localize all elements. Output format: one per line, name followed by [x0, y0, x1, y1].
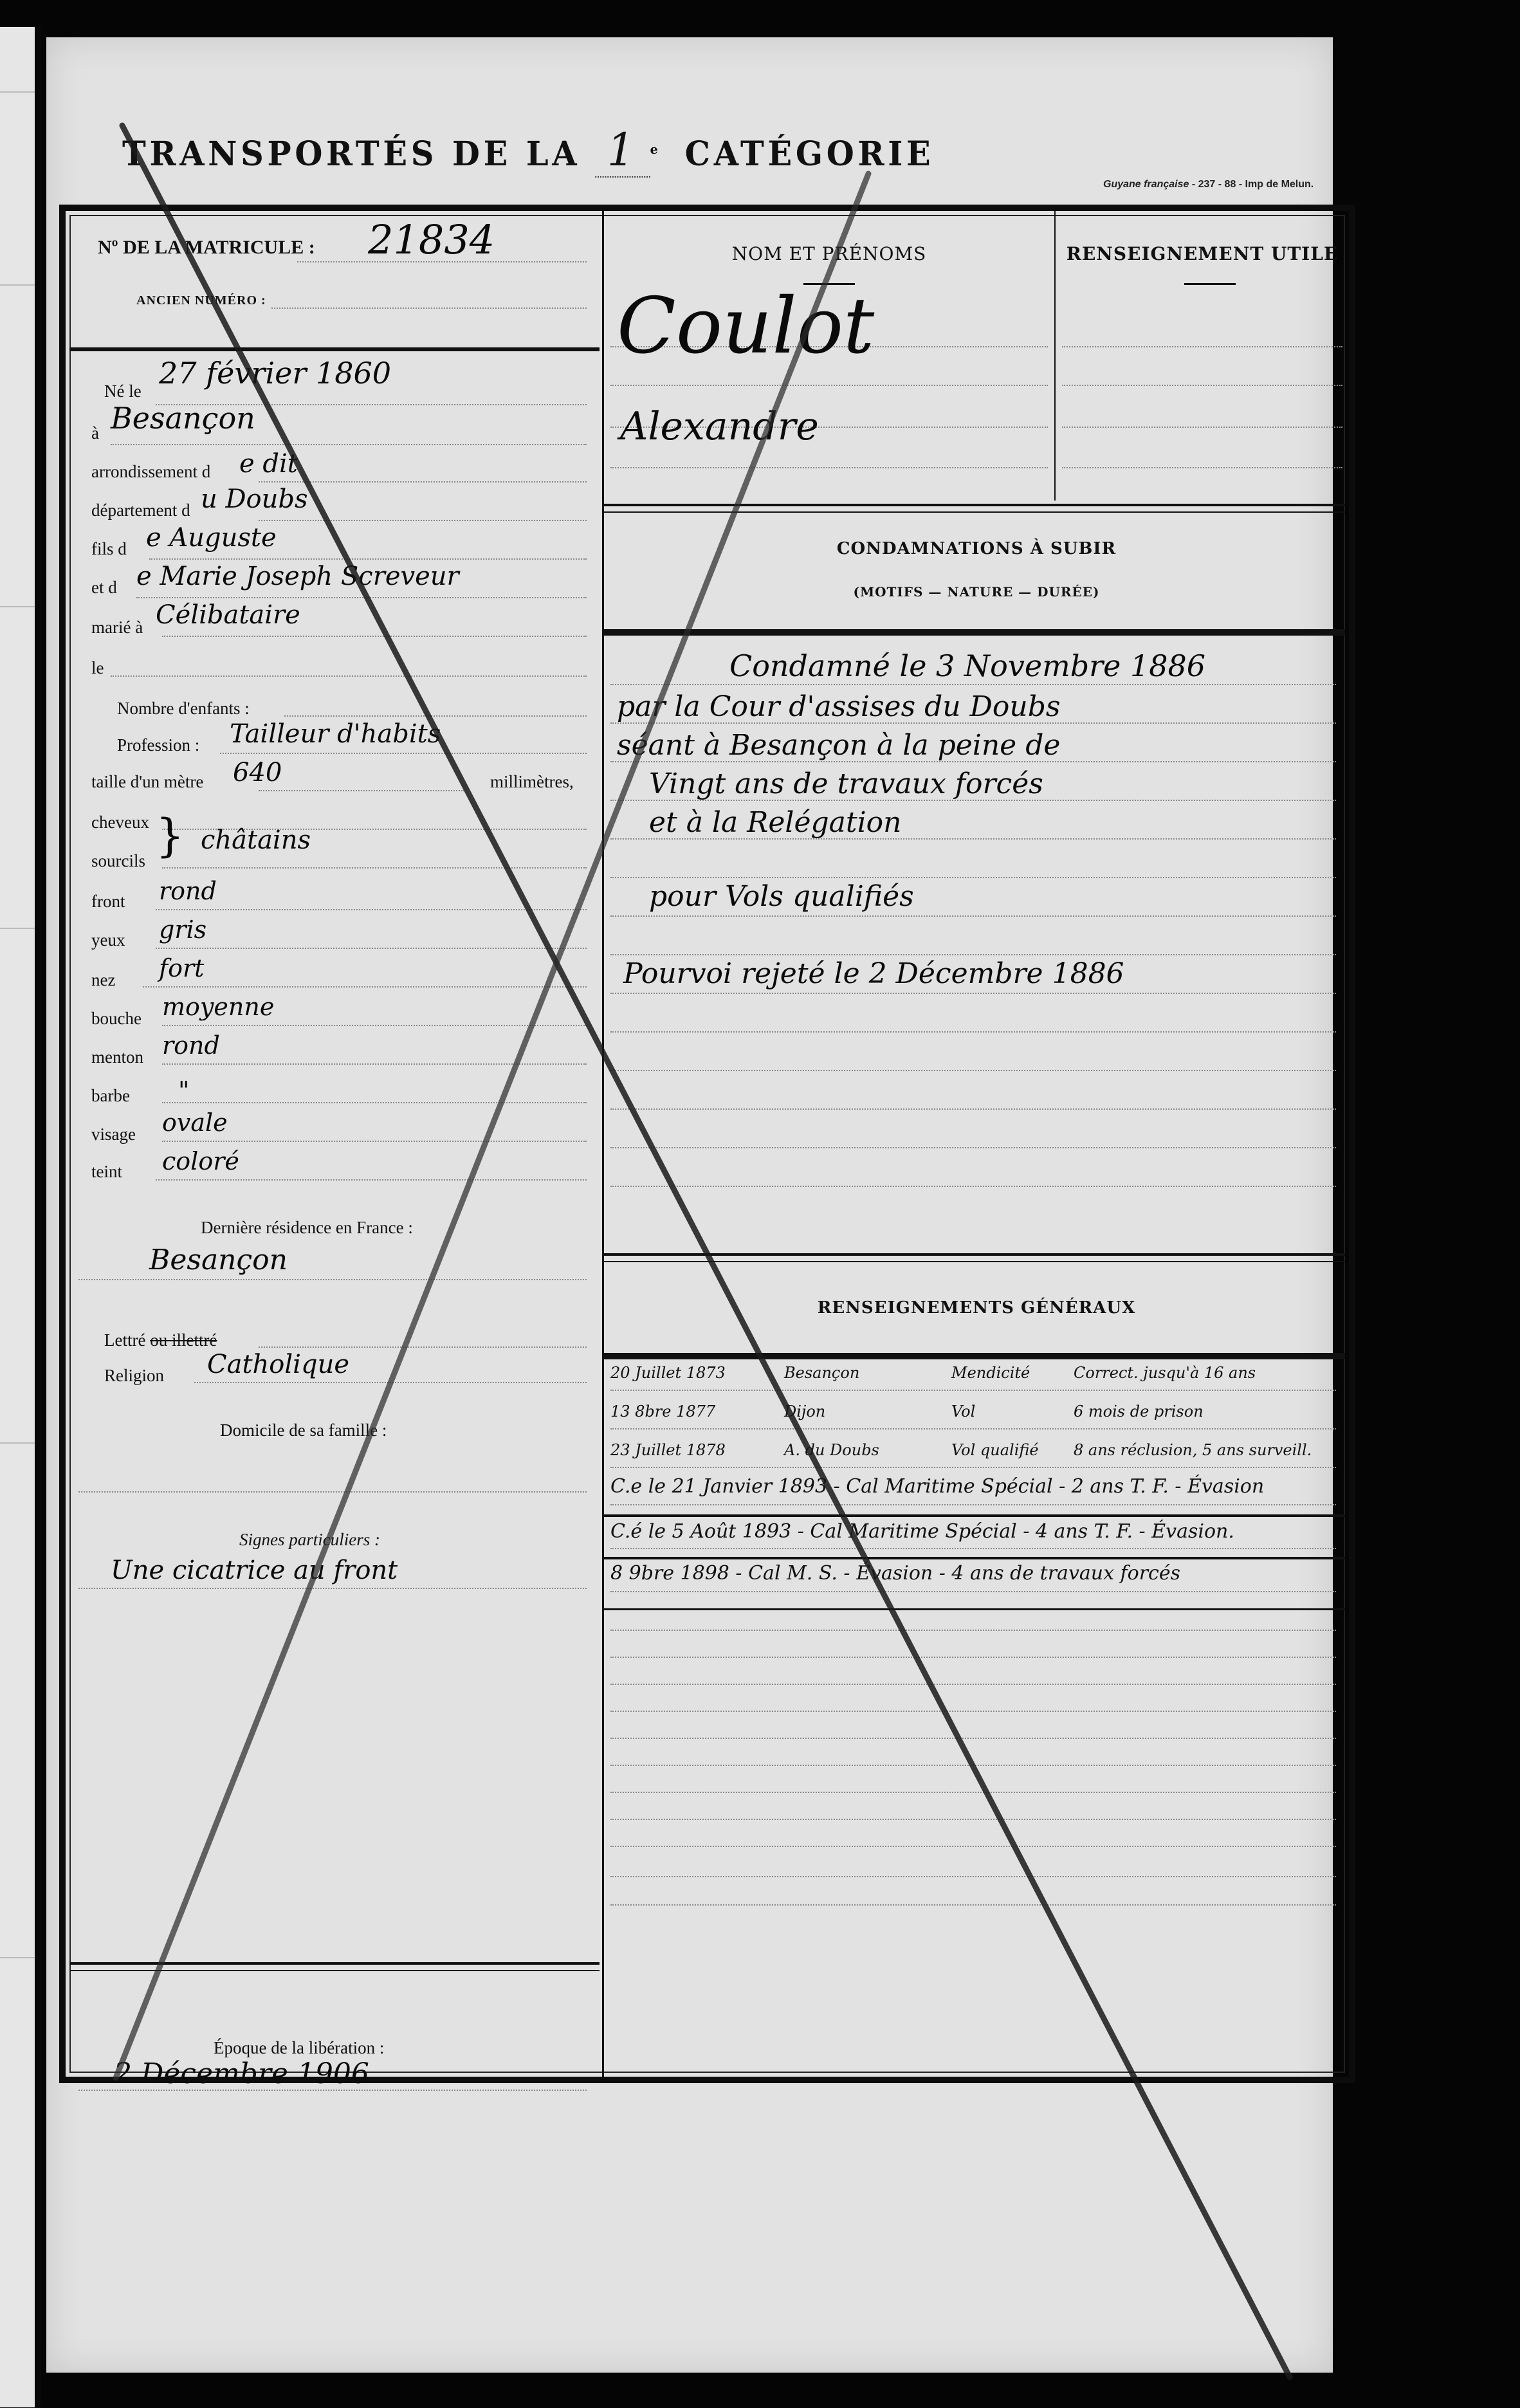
height-value: 640 [233, 758, 282, 787]
last-residence-value: Besançon [149, 1244, 288, 1276]
record-form: Nº DE LA MATRICULE : 21834 ANCIEN NUMÉRO… [59, 205, 1355, 2083]
conviction-offense: Mendicité [951, 1364, 1030, 1382]
chin-value: rond [162, 1031, 220, 1060]
surname: Coulot [617, 282, 874, 371]
sentence-line: Condamné le 3 Novembre 1886 [729, 648, 1205, 683]
eyes-value: gris [159, 915, 206, 944]
sentence-line: pour Vols qualifiés [649, 880, 914, 913]
chin-label: menton [91, 1047, 143, 1067]
literate-label: Lettré ou illettré [104, 1330, 217, 1350]
personal-info-column: Nº DE LA MATRICULE : 21834 ANCIEN NUMÉRO… [66, 211, 600, 2077]
distinctive-marks-value: Une cicatrice au front [111, 1556, 398, 1585]
conviction-date: 20 Juillet 1873 [610, 1364, 726, 1382]
title-suffix: CATÉGORIE [685, 134, 935, 174]
conviction-sentence: Correct. jusqu'à 16 ans [1074, 1364, 1256, 1382]
sentence-line: Vingt ans de travaux forcés [649, 767, 1043, 800]
matricule-value: 21834 [368, 216, 495, 263]
later-entry: C.e le 21 Janvier 1893 - Cal Maritime Sp… [610, 1475, 1264, 1498]
illiterate-struck-text: ou illettré [150, 1330, 217, 1350]
children-label: Nombre d'enfants : [117, 699, 250, 719]
arrondissement-label: arrondissement d [91, 462, 210, 482]
table-row: 13 8bre 1877 Dijon Vol 6 mois de prison [610, 1402, 1318, 1428]
sentences-subheader: (MOTIFS — NATURE — DURÉE) [604, 584, 1349, 600]
general-info-header: RENSEIGNEMENTS GÉNÉRAUX [604, 1298, 1349, 1318]
literate-text: Lettré [104, 1330, 145, 1350]
distinctive-marks-label: Signes particuliers : [239, 1530, 380, 1550]
sentence-line: Pourvoi rejeté le 2 Décembre 1886 [623, 957, 1124, 990]
conviction-date: 13 8bre 1877 [610, 1402, 715, 1420]
married-value: Célibataire [156, 600, 300, 630]
born-place-label: à [91, 423, 99, 443]
family-domicile-label: Domicile de sa famille : [220, 1420, 387, 1440]
beard-label: barbe [91, 1086, 130, 1106]
face-value: ovale [162, 1108, 228, 1137]
profession-value: Tailleur d'habits [230, 719, 441, 749]
later-entry: C.é le 5 Août 1893 - Cal Maritime Spécia… [610, 1520, 1234, 1543]
given-names: Alexandre [620, 404, 819, 449]
brace-icon: } [156, 809, 185, 862]
hair-label: cheveux [91, 813, 149, 832]
name-header: NOM ET PRÉNOMS [604, 243, 1054, 264]
married-date-label: le [91, 658, 104, 678]
category-suffix: e [650, 142, 662, 157]
conviction-court: Besançon [784, 1364, 859, 1382]
departement-label: département d [91, 501, 190, 520]
mother-label: et d [91, 578, 117, 598]
married-label: marié à [91, 618, 143, 638]
printer-region: Guyane française [1103, 179, 1189, 190]
height-label: taille d'un mètre [91, 772, 203, 792]
table-row: 20 Juillet 1873 Besançon Mendicité Corre… [610, 1364, 1318, 1390]
conviction-court: A. du Doubs [784, 1441, 879, 1459]
name-section: NOM ET PRÉNOMS Coulot Alexandre [604, 211, 1056, 501]
height-unit: millimètres, [490, 772, 574, 792]
eyebrows-label: sourcils [91, 851, 145, 871]
nose-value: fort [159, 954, 204, 982]
forehead-value: rond [159, 877, 217, 905]
complexion-value: coloré [162, 1147, 239, 1175]
ancien-numero-label: ANCIEN NUMÉRO : [136, 293, 266, 308]
conviction-offense: Vol [951, 1402, 975, 1420]
religion-label: Religion [104, 1366, 164, 1386]
liberation-value: 2 Décembre 1906 [114, 2057, 369, 2090]
profession-label: Profession : [117, 735, 199, 755]
father-name: e Auguste [146, 523, 277, 553]
sentence-line: par la Cour d'assises du Doubs [617, 690, 1060, 723]
conviction-date: 23 Juillet 1878 [610, 1441, 726, 1459]
page-title: TRANSPORTÉS DE LA 1e CATÉGORIE [122, 124, 934, 178]
printer-details: - 237 - 88 - Imp de Melun. [1189, 179, 1314, 190]
legal-info-column: NOM ET PRÉNOMS Coulot Alexandre RENSEIGN… [602, 211, 1349, 2077]
departement-value: u Doubs [201, 484, 308, 514]
last-residence-label: Dernière résidence en France : [201, 1218, 413, 1238]
born-label: Né le [104, 381, 142, 401]
useful-info-header: RENSEIGNEMENT UTILE [1056, 243, 1349, 264]
liberation-label: Époque de la libération : [214, 2038, 384, 2058]
printer-imprint: Guyane française - 237 - 88 - Imp de Mel… [1103, 179, 1314, 190]
complexion-label: teint [91, 1162, 122, 1182]
nose-label: nez [91, 970, 115, 990]
table-row: 23 Juillet 1878 A. du Doubs Vol qualifié… [610, 1441, 1318, 1467]
conviction-offense: Vol qualifié [951, 1441, 1039, 1459]
forehead-label: front [91, 892, 125, 912]
mouth-value: moyenne [162, 993, 274, 1021]
category-number: 1 [595, 124, 650, 178]
father-label: fils d [91, 539, 127, 559]
conviction-sentence: 8 ans réclusion, 5 ans surveill. [1074, 1441, 1312, 1459]
mother-name: e Marie Joseph Screveur [136, 562, 459, 591]
beard-value: " [178, 1076, 189, 1105]
arrondissement-value: e dit [239, 449, 298, 479]
eyes-label: yeux [91, 930, 125, 950]
useful-info-section: RENSEIGNEMENT UTILE [1056, 211, 1349, 501]
religion-value: Catholique [207, 1350, 349, 1379]
born-date: 27 février 1860 [159, 356, 391, 391]
sentence-line: et à la Relégation [649, 806, 901, 839]
conviction-sentence: 6 mois de prison [1074, 1402, 1204, 1420]
sentences-header: CONDAMNATIONS À SUBIR [604, 539, 1349, 558]
title-prefix: TRANSPORTÉS DE LA [122, 134, 580, 174]
face-label: visage [91, 1125, 136, 1144]
later-entry: 8 9bre 1898 - Cal M. S. - Évasion - 4 an… [610, 1562, 1180, 1585]
hair-eyebrows-value: châtains [201, 825, 311, 855]
sentence-line: séant à Besançon à la peine de [617, 729, 1060, 762]
matricule-label: Nº DE LA MATRICULE : [98, 237, 315, 259]
mouth-label: bouche [91, 1009, 142, 1029]
conviction-court: Dijon [784, 1402, 825, 1420]
born-place: Besançon [111, 401, 255, 436]
adjacent-page-edge [0, 27, 41, 2407]
